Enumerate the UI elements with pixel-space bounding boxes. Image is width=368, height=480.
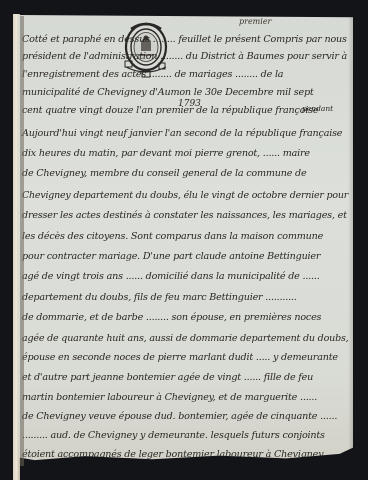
text-line: de Chevigney, membre du conseil general … [22, 168, 306, 179]
binding-shadow [20, 16, 24, 466]
page-number-label: premier [239, 17, 271, 26]
text-line: dresser les actes destinés à constater l… [22, 210, 347, 221]
text-line: agé de vingt trois ans ...... domicilié … [22, 271, 320, 282]
text-line: de Chevigney veuve épouse dud. bontemier… [22, 411, 337, 422]
document-page: premier Cotté et paraphé en dessus .....… [18, 15, 353, 461]
text-line: Aujourd'hui vingt neuf janvier l'an seco… [22, 128, 342, 139]
page-edge [348, 15, 353, 461]
text-line: les décès des citoyens. Sont comparus da… [22, 231, 323, 242]
text-line: Chevigney departement du doubs, élu le v… [22, 190, 348, 201]
text-line: l'enregistrement des actes ........ de m… [22, 69, 283, 80]
text-line: et d'autre part jeanne bontemier agée de… [22, 372, 313, 383]
text-line: pour contracter mariage. D'une part clau… [22, 251, 320, 262]
text-line: ......... aud. de Chevigney y demeurante… [22, 430, 325, 441]
year-annotation: 1793 [178, 99, 201, 109]
margin-annotation: pendant [302, 104, 333, 113]
text-line: agée de quarante huit ans, aussi de domm… [22, 333, 349, 344]
text-line: de dommarie, et de barbe ........ son ép… [22, 312, 321, 323]
text-line: departement du doubs, fils de feu marc B… [22, 292, 297, 303]
text-line: Cotté et paraphé en dessus ........ feui… [22, 34, 347, 45]
text-line: martin bontemier laboureur à Chevigney, … [22, 392, 317, 403]
text-line: municipalité de Chevigney d'Aumon le 30e… [22, 87, 314, 98]
text-line: président de l'administration ........ d… [22, 51, 347, 62]
text-line: épouse en seconde noces de pierre marlan… [22, 352, 338, 363]
text-line: dix heures du matin, par devant moi pier… [22, 148, 310, 159]
text-line: agé de quarante deux ans, cousin de la s… [22, 468, 348, 479]
text-line: étoient accompagnés de leger bontemier l… [22, 449, 323, 460]
text-line: cent quatre vingt douze l'an premier de … [22, 105, 318, 116]
